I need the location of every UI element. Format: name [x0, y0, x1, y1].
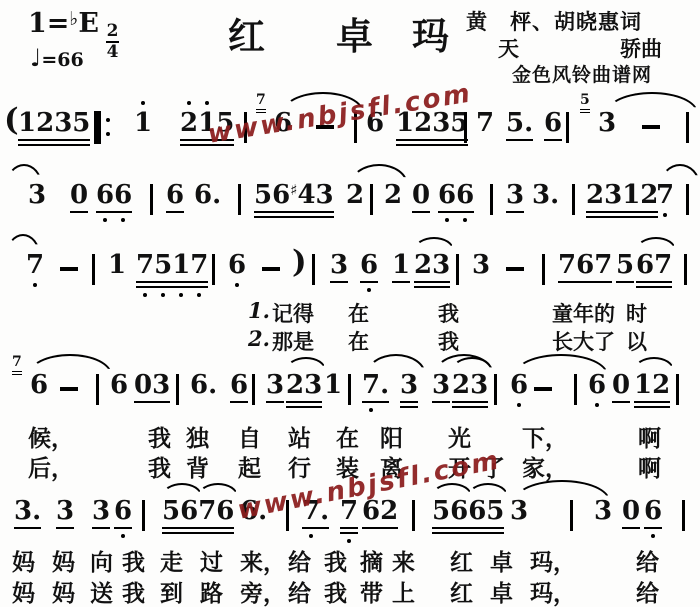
beam-underline: [14, 527, 41, 529]
lyric-text: 我: [324, 544, 347, 577]
website-name: 金色风铃曲谱网: [512, 60, 652, 87]
dash-note: [60, 267, 78, 271]
note: 0: [70, 182, 88, 208]
note: 7: [26, 252, 44, 278]
note-digit: .: [212, 182, 221, 208]
note-digit: 6: [230, 372, 248, 398]
beam-underline: [634, 401, 670, 403]
barline: [92, 254, 95, 285]
music-line: 306666.56♯432206633.23127: [0, 162, 700, 226]
note-digit: 7: [190, 252, 208, 278]
lyric-text: 光: [448, 420, 471, 453]
beam-underline: [340, 527, 358, 529]
lyricist-credit: 黄 枰、胡晓惠词: [466, 6, 642, 36]
lyric-text: 我: [324, 575, 347, 607]
octave-dot-below: [103, 218, 107, 222]
lyric-text: 我: [438, 298, 459, 328]
beam-underline: [230, 401, 248, 403]
note: 6.: [194, 182, 221, 208]
note-digit: 2: [586, 182, 604, 208]
note: 3.: [532, 182, 559, 208]
slur-arc: [634, 357, 674, 370]
lyric-text: 站: [288, 420, 311, 453]
beam-underline: [114, 527, 132, 529]
note: 1: [324, 372, 342, 398]
beam-underline: [432, 401, 450, 403]
lyric-text: 送: [90, 575, 113, 607]
note: 66: [96, 182, 132, 208]
composer-credit: 天: [498, 33, 519, 63]
beam-underline: [70, 211, 88, 213]
note: 2: [346, 182, 364, 208]
note: 6: [510, 372, 528, 398]
note-digit: 7: [136, 252, 154, 278]
octave-dot-above: [141, 101, 145, 105]
lyric-text: 来: [392, 544, 415, 577]
note-digit: 3: [152, 372, 170, 398]
beam-underline: [362, 527, 398, 529]
lyric-row: 妈妈向我走过来，给我摘来红卓玛，给: [0, 544, 700, 572]
note-digit: 7: [558, 252, 576, 278]
beam-underline: [96, 211, 132, 213]
note: 6: [228, 252, 246, 278]
lyric-text: 路: [200, 575, 223, 607]
lyric-text: 在: [348, 298, 369, 328]
lyric-text: 旁，: [240, 575, 286, 607]
note-digit: 5: [72, 110, 90, 136]
beam-underline: [360, 281, 378, 283]
note-digit: 3: [14, 498, 32, 524]
lyric-text: 那是: [272, 326, 314, 356]
note: 3.: [14, 498, 41, 524]
note-digit: 1: [622, 182, 640, 208]
lyric-text: 玛，: [530, 575, 576, 607]
note-digit: 3: [510, 498, 528, 524]
beam-underline: [544, 139, 562, 141]
note-digit: 5: [616, 252, 634, 278]
note-digit: 7: [594, 252, 612, 278]
dash-note: [60, 387, 78, 391]
note: 12: [634, 372, 670, 398]
note: 1: [134, 110, 152, 136]
barline: [686, 112, 689, 143]
beam-underline: [56, 527, 74, 529]
beam-underline: [18, 144, 90, 146]
note: 7517: [136, 252, 208, 278]
note: 3: [330, 252, 348, 278]
note-digit: 7: [198, 498, 216, 524]
note: 3: [472, 252, 490, 278]
note-digit: 0: [622, 498, 640, 524]
octave-dot-below: [651, 534, 655, 538]
note: 3: [432, 372, 450, 398]
note: 2312: [586, 182, 658, 208]
barline: [570, 500, 573, 531]
note-digit: 6: [96, 182, 114, 208]
lyric-text: 阳: [380, 420, 403, 453]
beam-underline: [644, 527, 662, 529]
lyric-text: 我: [438, 326, 459, 356]
beam-underline: [136, 286, 208, 288]
song-title-char: 卓: [336, 6, 373, 60]
barline: [494, 374, 497, 405]
beam-underline: [400, 406, 418, 408]
note-digit: 6: [190, 372, 208, 398]
note: 6: [30, 372, 48, 398]
lyric-text: 独: [186, 420, 209, 453]
slur-arc: [414, 237, 454, 250]
note: 03: [134, 372, 170, 398]
lyric-text: 以: [626, 326, 647, 356]
note-digit: .: [380, 372, 389, 398]
beam-underline: [266, 401, 284, 403]
note: 6: [110, 372, 128, 398]
lyric-text: 我: [122, 544, 145, 577]
note: 3: [594, 498, 612, 524]
lyric-row: 1.记得在我童年的时: [0, 298, 700, 326]
lyric-text: 长大了: [552, 326, 615, 356]
lyric-text: 摘: [360, 544, 383, 577]
lyric-text: 向: [90, 544, 113, 577]
barline: [542, 254, 545, 285]
lyric-text: 妈: [12, 575, 35, 607]
note: 767: [558, 252, 612, 278]
note: 62: [362, 498, 398, 524]
slur-arc: [286, 357, 326, 370]
barline: [464, 112, 467, 143]
barline: [96, 374, 99, 405]
note-digit: 1: [172, 252, 190, 278]
composer-credit: 骄曲: [620, 33, 662, 63]
note-digit: 3: [470, 372, 488, 398]
music-line: 7175176)361233767567: [0, 232, 700, 296]
note: 3: [598, 110, 616, 136]
parenthesis: (: [4, 105, 19, 136]
note-digit: 3: [594, 498, 612, 524]
note-digit: 6: [544, 110, 562, 136]
note-digit: 3: [400, 372, 418, 398]
note: 6: [166, 182, 184, 208]
lyric-text: 卓: [490, 544, 513, 577]
beam-underline: [12, 374, 22, 376]
beam-underline: [302, 527, 329, 529]
note-digit: 0: [134, 372, 152, 398]
note-digit: 2: [346, 182, 364, 208]
dash-note: [642, 125, 660, 129]
octave-dot-below: [143, 293, 147, 297]
note-digit: 6: [468, 498, 486, 524]
note-digit: 4: [297, 182, 315, 208]
beam-underline: [506, 211, 524, 213]
note-digit: 6: [272, 182, 290, 208]
note-digit: 2: [414, 252, 432, 278]
lyric-text: 在: [348, 326, 369, 356]
barline: [572, 184, 575, 215]
lyric-text: 在: [336, 420, 359, 453]
repeat-sign: [94, 111, 112, 144]
note: 6: [644, 498, 662, 524]
beam-underline: [612, 401, 630, 403]
octave-dot-below: [367, 288, 371, 292]
note-digit: 7: [476, 110, 494, 136]
note: 5: [616, 252, 634, 278]
beam-underline: [286, 406, 322, 408]
note-digit: 1: [18, 110, 36, 136]
note-digit: 6: [114, 182, 132, 208]
beam-underline: [438, 211, 474, 213]
note-digit: 6: [228, 252, 246, 278]
beam-underline: [162, 527, 234, 529]
grace-note: 5: [580, 93, 590, 107]
barline: [676, 374, 679, 405]
beam-underline: [580, 109, 590, 111]
octave-dot-below: [179, 293, 183, 297]
beam-underline: [586, 211, 658, 213]
note-digit: 6: [362, 498, 380, 524]
barline: [682, 500, 685, 531]
note-digit: 5: [486, 498, 504, 524]
note: 2: [384, 182, 402, 208]
lyric-text: 玛，: [530, 544, 576, 577]
beam-underline: [286, 401, 322, 403]
beam-underline: [340, 532, 358, 534]
note-digit: 3: [604, 182, 622, 208]
barline: [142, 500, 145, 531]
beam-underline: [432, 527, 504, 529]
note: 5676: [162, 498, 234, 524]
note: 7.: [362, 372, 389, 398]
note-digit: .: [524, 110, 533, 136]
lyric-text: 卓: [490, 575, 513, 607]
note: 3: [400, 372, 418, 398]
octave-dot-below: [235, 283, 239, 287]
verse-number: 2.: [248, 326, 270, 351]
note-digit: (: [4, 105, 19, 136]
beam-underline: [622, 527, 640, 529]
note-digit: 6: [114, 498, 132, 524]
lyric-text: 给: [288, 575, 311, 607]
note-digit: 3: [532, 182, 550, 208]
lyric-row: 妈妈送我到路旁，给我带上红卓玛，给: [0, 575, 700, 603]
barline: [566, 112, 569, 143]
octave-dot-below: [161, 293, 165, 297]
note: 0: [412, 182, 430, 208]
octave-dot-below: [463, 218, 467, 222]
barline: [490, 184, 493, 215]
note-digit: 2: [380, 498, 398, 524]
lyric-text: 我: [122, 575, 145, 607]
lyric-text: 来，: [240, 544, 286, 577]
note-digit: 6: [166, 182, 184, 208]
octave-dot-above: [187, 101, 191, 105]
repeat-dot: [106, 132, 110, 136]
verse-number: 1.: [248, 298, 270, 323]
barline: [348, 374, 351, 405]
lyric-text: 家，: [522, 450, 568, 483]
note-digit: 7: [12, 355, 22, 369]
note: 56♯43: [254, 182, 334, 208]
octave-dot-below: [517, 403, 521, 407]
grace-note: 7: [256, 93, 266, 107]
note: 3: [92, 498, 110, 524]
dash-note: [262, 267, 280, 271]
octave-dot-below: [369, 408, 373, 412]
song-title-char: 红: [228, 6, 265, 60]
barline: [412, 500, 415, 531]
lyric-text: 啊: [638, 450, 661, 483]
octave-dot-below: [121, 218, 125, 222]
music-line: 766036.632317.332366012: [0, 352, 700, 416]
note-digit: 6: [360, 252, 378, 278]
note-digit: 3: [598, 110, 616, 136]
beam-underline: [414, 281, 450, 283]
octave-dot-below: [347, 539, 351, 543]
note-digit: 1: [324, 372, 342, 398]
barline: [456, 254, 459, 285]
beam-underline: [452, 401, 488, 403]
slur-arc: [162, 483, 202, 496]
barline: [238, 184, 241, 215]
slur-arc: [468, 483, 508, 496]
note: 1: [108, 252, 126, 278]
note-digit: 1: [634, 372, 652, 398]
grace-note: 7: [12, 355, 22, 369]
note: 7: [476, 110, 494, 136]
note-digit: .: [208, 372, 217, 398]
note-digit: 3: [54, 110, 72, 136]
beam-underline: [412, 211, 430, 213]
note: 5665: [432, 498, 504, 524]
note-digit: 3: [92, 498, 110, 524]
octave-dot-below: [445, 218, 449, 222]
beam-underline: [580, 112, 590, 114]
dash-note: [506, 267, 524, 271]
beam-underline: [330, 281, 348, 283]
note-digit: 7: [656, 182, 674, 208]
lyric-text: 给: [636, 575, 659, 607]
dash-note: [534, 387, 552, 391]
lyric-text: 妈: [52, 575, 75, 607]
note: 6: [588, 372, 606, 398]
note-digit: 6: [450, 498, 468, 524]
note: 6: [360, 252, 378, 278]
note-digit: 3: [304, 372, 322, 398]
octave-dot-below: [33, 283, 37, 287]
barline: [684, 254, 687, 285]
beam-underline: [18, 139, 90, 141]
beam-underline: [616, 281, 634, 283]
note-digit: 6: [216, 498, 234, 524]
note-digit: 3: [56, 498, 74, 524]
beam-underline: [362, 401, 389, 403]
beam-underline: [162, 532, 234, 534]
note-digit: 2: [286, 372, 304, 398]
note: 6: [230, 372, 248, 398]
barline: [686, 184, 689, 215]
beam-underline: [166, 211, 184, 213]
note-digit: 0: [70, 182, 88, 208]
lyric-text: 妈: [52, 544, 75, 577]
beam-underline: [414, 286, 450, 288]
beam-underline: [634, 406, 670, 408]
repeat-dot: [106, 118, 110, 122]
note: 6.: [190, 372, 217, 398]
barline: [370, 184, 373, 215]
note-digit: 5: [154, 252, 172, 278]
note-digit: 3: [28, 182, 46, 208]
quarter-note-icon: ♩: [30, 44, 41, 72]
lyric-text: 妈: [12, 544, 35, 577]
note-digit: 2: [652, 372, 670, 398]
note-digit: 7: [26, 252, 44, 278]
lyric-text: 过: [200, 544, 223, 577]
note-digit: 1: [392, 252, 410, 278]
lyric-text: 走: [160, 544, 183, 577]
note: 6: [544, 110, 562, 136]
sharp-sign: ♯: [290, 183, 297, 198]
note: 0: [612, 372, 630, 398]
note-digit: 2: [36, 110, 54, 136]
note-digit: .: [550, 182, 559, 208]
lyric-text: 行: [288, 450, 311, 483]
note: 3: [510, 498, 528, 524]
lyric-text: 自: [238, 420, 261, 453]
note-digit: 2: [452, 372, 470, 398]
beam-underline: [254, 211, 334, 213]
note: 3: [56, 498, 74, 524]
lyric-text: 我: [148, 420, 171, 453]
note-digit: 7: [362, 372, 380, 398]
beam-underline: [12, 371, 22, 373]
lyric-row: 候，我独自站在阳光下，啊: [0, 420, 700, 448]
note: 23: [286, 372, 322, 398]
beam-underline: [134, 401, 170, 403]
beam-underline: [432, 532, 504, 534]
beam-underline: [392, 281, 410, 283]
note-digit: 0: [412, 182, 430, 208]
note-digit: 6: [194, 182, 212, 208]
tie-arc: [606, 92, 698, 113]
beam-underline: [636, 281, 672, 283]
octave-dot-below: [309, 534, 313, 538]
note: 0: [622, 498, 640, 524]
beam-underline: [92, 527, 110, 529]
lyric-text: 红: [450, 544, 473, 577]
note-digit: 5: [580, 93, 590, 107]
lyric-text: 候，: [28, 420, 74, 453]
parenthesis: ): [292, 247, 307, 278]
lyric-text: 给: [636, 544, 659, 577]
lyric-text: 上: [392, 575, 415, 607]
note-digit: 3: [316, 182, 334, 208]
beam-underline: [636, 286, 672, 288]
note-digit: 6: [510, 372, 528, 398]
lyric-text: 背: [186, 450, 209, 483]
beam-underline: [136, 281, 208, 283]
lyric-text: 后，: [28, 450, 74, 483]
note-digit: 6: [110, 372, 128, 398]
note: 7: [656, 182, 674, 208]
note-digit: 6: [30, 372, 48, 398]
slur-arc: [636, 237, 676, 250]
lyric-text: 我: [148, 450, 171, 483]
note-digit: 5: [254, 182, 272, 208]
note-digit: 3: [472, 252, 490, 278]
beam-underline: [506, 139, 533, 141]
note-digit: 6: [644, 498, 662, 524]
note-digit: .: [32, 498, 41, 524]
note-digit: 5: [506, 110, 524, 136]
